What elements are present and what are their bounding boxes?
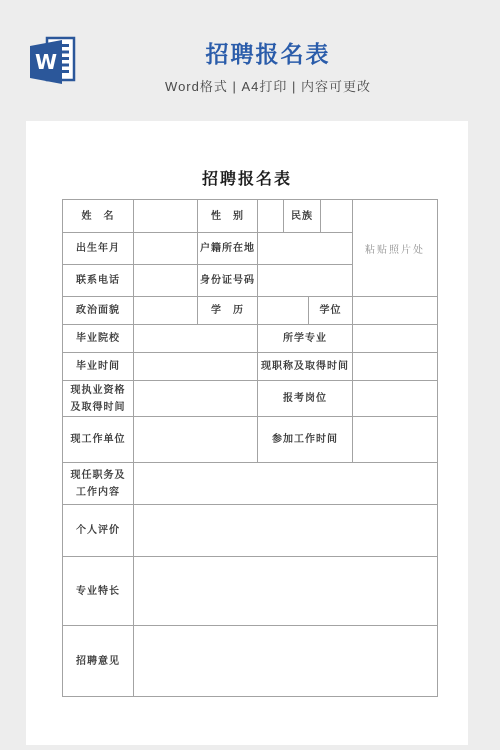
current-employer-value-cell	[134, 417, 258, 463]
current-title-time-value-cell	[353, 353, 438, 381]
current-title-time-label: 现职称及取得时间	[258, 353, 353, 381]
photo-cell: 粘贴照片处	[353, 200, 438, 297]
graduation-time-value-cell	[134, 353, 258, 381]
form-title: 招聘报名表	[26, 166, 468, 189]
table-row: 姓 名 性 别 民族 粘贴照片处	[63, 200, 438, 233]
degree-value-cell	[353, 297, 438, 325]
qualification-label: 现执业资格 及取得时间	[63, 381, 134, 417]
page-title: 招聘报名表	[36, 40, 500, 68]
apply-position-value-cell	[353, 381, 438, 417]
phone-value-cell	[134, 265, 198, 297]
qualification-value-cell	[134, 381, 258, 417]
specialty-value-cell	[134, 557, 438, 626]
document-page: 招聘报名表 姓 名 性 别 民族 粘贴照片处 出生年月 户籍所在地	[26, 121, 468, 745]
table-row: 现任职务及 工作内容	[63, 463, 438, 505]
table-row: 招聘意见	[63, 626, 438, 697]
table-row: 毕业院校 所学专业	[63, 325, 438, 353]
table-row: 现工作单位 参加工作时间	[63, 417, 438, 463]
recruit-opinion-label: 招聘意见	[63, 626, 134, 697]
major-label: 所学专业	[258, 325, 353, 353]
table-row: 政治面貌 学 历 学位	[63, 297, 438, 325]
ethnicity-value-cell	[321, 200, 353, 233]
table-row: 专业特长	[63, 557, 438, 626]
table-row: 个人评价	[63, 505, 438, 557]
header-text: 招聘报名表 Word格式 | A4打印 | 内容可更改	[36, 40, 500, 95]
name-value-cell	[134, 200, 198, 233]
work-start-time-label: 参加工作时间	[258, 417, 353, 463]
graduation-time-label: 毕业时间	[63, 353, 134, 381]
name-label: 姓 名	[63, 200, 134, 233]
recruit-opinion-value-cell	[134, 626, 438, 697]
political-status-label: 政治面貌	[63, 297, 134, 325]
current-duty-label: 现任职务及 工作内容	[63, 463, 134, 505]
education-value-cell	[258, 297, 309, 325]
gender-value-cell	[258, 200, 284, 233]
birth-date-value-cell	[134, 233, 198, 265]
header: W 招聘报名表 Word格式 | A4打印 | 内容可更改	[0, 0, 500, 121]
table-row: 毕业时间 现职称及取得时间	[63, 353, 438, 381]
page-subtitle: Word格式 | A4打印 | 内容可更改	[36, 76, 500, 95]
household-location-value-cell	[258, 233, 353, 265]
political-status-value-cell	[134, 297, 198, 325]
table-row: 现执业资格 及取得时间 报考岗位	[63, 381, 438, 417]
graduate-school-label: 毕业院校	[63, 325, 134, 353]
major-value-cell	[353, 325, 438, 353]
degree-label: 学位	[309, 297, 353, 325]
education-label: 学 历	[198, 297, 258, 325]
work-start-time-value-cell	[353, 417, 438, 463]
id-number-value-cell	[258, 265, 353, 297]
gender-label: 性 别	[198, 200, 258, 233]
graduate-school-value-cell	[134, 325, 258, 353]
specialty-label: 专业特长	[63, 557, 134, 626]
birth-date-label: 出生年月	[63, 233, 134, 265]
self-evaluation-label: 个人评价	[63, 505, 134, 557]
self-evaluation-value-cell	[134, 505, 438, 557]
current-employer-label: 现工作单位	[63, 417, 134, 463]
id-number-label: 身份证号码	[198, 265, 258, 297]
application-form-table: 姓 名 性 别 民族 粘贴照片处 出生年月 户籍所在地 联系电话 身份证号码	[62, 199, 438, 697]
current-duty-value-cell	[134, 463, 438, 505]
ethnicity-label: 民族	[284, 200, 321, 233]
apply-position-label: 报考岗位	[258, 381, 353, 417]
phone-label: 联系电话	[63, 265, 134, 297]
household-location-label: 户籍所在地	[198, 233, 258, 265]
